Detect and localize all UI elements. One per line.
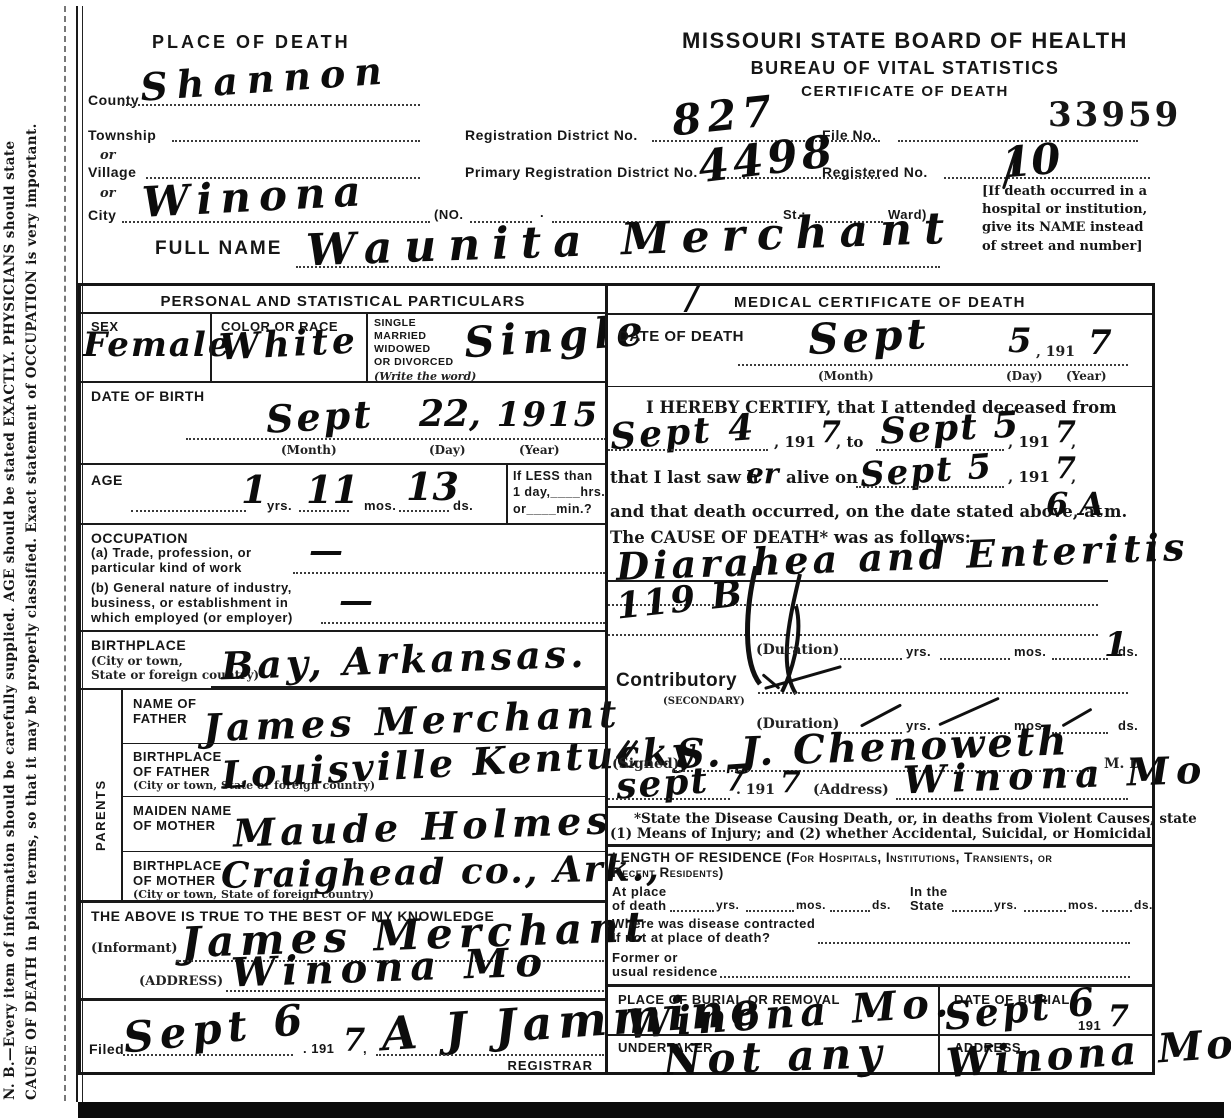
month-sublabel: (Month) [818,369,874,383]
city-value: Winona [141,170,370,224]
age-yrs-label: yrs. [267,498,292,513]
margin-divider [64,6,66,1101]
res-yrs-label: yrs. [994,898,1017,912]
date-of-death-line [738,364,1128,366]
footnote-line1: *State the Disease Causing Death, or, in… [634,811,1197,827]
marital-label: SINGLE MARRIED WIDOWED OR DIVORCED [374,317,454,370]
duration-yrs-line [840,658,902,660]
attended-to-value: Sept 5 [879,406,1021,449]
res-ds-label: ds. [872,898,891,912]
filed-year-digit: 7 [343,1024,365,1056]
mother-name-value: Maude Holmes [232,801,613,852]
race-value: White [218,322,360,365]
father-birthplace-label1: BIRTHPLACE [133,749,222,764]
certificate-number: 33959 [1048,95,1181,135]
signed-year-prefix: . 191 [736,782,775,798]
margin-note-line2: CAUSE OF DEATH in plain terms, so that i… [24,40,40,1100]
occupation-b-label1: (b) General nature of industry, [91,580,292,595]
signed-date-line [608,798,730,800]
duration-ds-line [1052,658,1108,660]
rule [121,796,605,797]
contracted-label1: Where was disease contracted [612,916,815,931]
full-name-value: Waunita Merchant [305,207,957,274]
marital-label-line: OR DIVORCED [374,356,454,369]
res-line [746,910,794,912]
occupation-b-line [321,622,605,624]
mother-birthplace-value: Craighead co., Ark., [221,850,661,894]
occupation-b-value: — [339,584,369,618]
rule [210,312,212,381]
res-line [830,910,870,912]
at-place-label1: At place [612,884,667,899]
informant-label: (Informant) [91,941,178,956]
certify-sep1: , 191 [774,433,816,451]
mother-name-label2: OF MOTHER [133,818,216,833]
dod-year-digit: 7 [1088,326,1112,360]
informant-address-line [226,990,604,992]
rule [121,688,123,900]
age-label: AGE [91,472,123,488]
township-label: Township [88,127,156,143]
personal-section-title: PERSONAL AND STATISTICAL PARTICULARS [81,293,605,310]
footnote-line2: (1) Means of Injury; and (2) whether Acc… [610,826,1156,842]
res-mos-label: mos. [1068,898,1098,912]
marital-label-line: WIDOWED [374,343,454,356]
duration-yrs-label: yrs. [906,644,931,659]
contracted-label2: If not at place of death? [612,930,770,945]
certify-line3: and that death occurred, on the date sta… [610,502,1103,521]
res-line [1102,910,1132,912]
former-residence-label1: Former or [612,950,678,965]
day-sublabel: (Day) [429,443,466,457]
age-months-value: 11 [306,471,359,509]
duration-mos-label: mos. [1014,644,1046,659]
occupation-b-label2: business, or establishment in [91,595,288,610]
age-less-line: 1 day,____hrs. [513,484,605,500]
cause-line3 [608,634,1098,636]
medical-section-title: MEDICAL CERTIFICATE OF DEATH [608,294,1152,311]
age-less-line: or____min.? [513,501,605,517]
primary-registration-label: Primary Registration District No. [465,164,698,180]
death-time-value: 6 A [1046,488,1104,520]
city-label: City [88,207,116,223]
certify-m-label: m. [1104,502,1127,521]
age-days-value: 13 [406,468,459,506]
scan-edge-bar [78,1102,1224,1118]
duration-ds-label: ds. [1118,644,1138,659]
certify-comma1: , [1071,433,1076,451]
occupation-b-label3: which employed (or employer) [91,610,293,625]
rule [608,844,1152,847]
undertaker-value: Not any [662,1032,888,1082]
rule [366,312,368,381]
certificate-title: CERTIFICATE OF DEATH [640,83,1170,100]
place-of-death-title: PLACE OF DEATH [152,32,351,53]
filed-label: Filed [89,1041,124,1057]
certify-to-word: , to [836,433,863,451]
age-less-note: If LESS than 1 day,____hrs. or____min.? [513,468,605,517]
dob-day-value: 22 [419,396,469,432]
county-value: Shannon [139,51,392,106]
bureau-title: BUREAU OF VITAL STATISTICS [640,58,1170,79]
birthplace-value: Bay, Arkansas. [220,635,587,686]
age-mos-label: mos. [364,498,396,513]
filed-year-prefix: . 191 [303,1041,334,1056]
contributory-label: Contributory [616,670,737,692]
at-place-label2: of death [612,898,667,913]
mother-birthplace-label2: OF MOTHER [133,873,216,888]
former-residence-label2: usual residence [612,964,718,979]
rule [81,900,605,903]
rule [608,806,1152,808]
occupation-label: OCCUPATION [91,530,188,546]
margin-note-line1: N. B.—Every item of information should b… [2,40,18,1100]
age-line [131,510,246,512]
age-line [399,510,449,512]
res-mos-label: mos. [796,898,826,912]
medical-section: / MEDICAL CERTIFICATE OF DEATH DATE OF D… [605,283,1155,1075]
contracted-line [818,942,1130,944]
certify-line2b: alive on [786,468,858,487]
in-state-label2: State [910,898,944,913]
attended-from-line [608,449,768,451]
duration2-ds-label: ds. [1118,718,1138,733]
former-residence-line [720,976,1130,978]
or-label-2: or [100,186,116,201]
age-years-value: 1 [241,471,267,509]
certify-her: er [746,460,779,488]
father-birthplace-label2: OF FATHER [133,764,210,779]
rule [506,463,508,523]
board-title: MISSOURI STATE BOARD OF HEALTH [640,28,1170,54]
father-name-label2: FATHER [133,711,187,726]
father-name-label1: NAME OF [133,696,196,711]
birthplace-label: BIRTHPLACE [91,637,186,653]
filed-line [123,1054,293,1056]
registrar-line [376,1054,604,1056]
residence-title-line1: LENGTH OF RESIDENCE (For Hospitals, Inst… [612,850,1052,865]
certify-sep2: , 191 [1008,433,1050,451]
lastsaw-line [856,486,1004,488]
township-line [172,140,420,142]
in-state-label1: In the [910,884,948,899]
or-label-1: or [100,148,116,163]
secondary-label: (SECONDARY) [663,696,745,707]
physician-address-line [896,798,1128,800]
mother-birthplace-label1: BIRTHPLACE [133,858,222,873]
full-name-label: FULL NAME [155,238,282,260]
certify-comma2: , [1071,468,1076,486]
registrar-label: REGISTRAR [507,1058,593,1073]
signed-year-digit: 7 [780,768,801,798]
occupation-a-value: — [309,534,339,568]
mother-name-label1: MAIDEN NAME [133,803,232,818]
day-sublabel: (Day) [1006,369,1043,383]
filed-comma: , [363,1041,367,1056]
occupation-a-label1: (a) Trade, profession, or [91,545,252,560]
informant-address-label: (ADDRESS) [139,974,223,989]
year-sublabel: (Year) [519,443,560,457]
occupation-a-line [293,572,605,574]
contributory-line [758,692,1128,694]
occupation-a-label2: particular kind of work [91,560,242,575]
birthplace-sublabel1: (City or town, [91,654,183,668]
parents-label: PARENTS [93,741,108,851]
dod-month-value: Sept [807,313,931,361]
physician-address-label: (Address) [813,782,889,798]
informant-address-value: Winona Mo [230,942,549,993]
marital-label-line: MARRIED [374,330,454,343]
rule [81,688,605,690]
res-yrs-label: yrs. [716,898,739,912]
dob-month-value: Sept [265,395,375,439]
rule [81,381,605,383]
filed-date-value: Sept 6 [121,998,310,1059]
duration-label: (Duration) [756,642,839,658]
month-sublabel: (Month) [281,443,337,457]
certify-line2a: that I last saw h [610,468,759,487]
dob-label: DATE OF BIRTH [91,388,205,404]
physician-address-value: Winona Mo [902,751,1208,800]
res-line [1024,910,1066,912]
duration-mos-line [940,658,1010,660]
personal-section: PERSONAL AND STATISTICAL PARTICULARS SEX… [78,283,608,1075]
year-sublabel: (Year) [1066,369,1107,383]
res-line [952,910,992,912]
rule [81,523,605,525]
residence-title-line2: Recent Residents) [612,865,724,880]
res-ds-label: ds. [1134,898,1153,912]
dod-year-prefix: , 191 [1036,344,1075,360]
marital-label-line: SINGLE [374,317,454,330]
dob-line [186,438,606,440]
burial-date-value: Sept 6 [942,982,1099,1036]
registration-district-label: Registration District No. [465,127,638,143]
dod-day-value: 5 [1008,324,1032,358]
hospital-note: [If death occurred in a hospital or inst… [982,183,1150,256]
death-certificate-document: N. B.—Every item of information should b… [0,0,1231,1119]
pen-stroke-flourish [738,566,828,696]
cause-code-value: 119 B [614,575,745,624]
village-label: Village [88,164,136,180]
registered-no-label: Registered No. [822,164,928,180]
res-line [670,910,714,912]
age-less-line: If LESS than [513,468,605,484]
age-ds-label: ds. [453,498,473,513]
rule [81,463,605,465]
rule [608,386,1152,387]
date-of-death-label: DATE OF DEATH [618,328,744,345]
dob-year-value: , 1915 [469,398,599,432]
certify-sep3: , 191 [1008,468,1050,486]
